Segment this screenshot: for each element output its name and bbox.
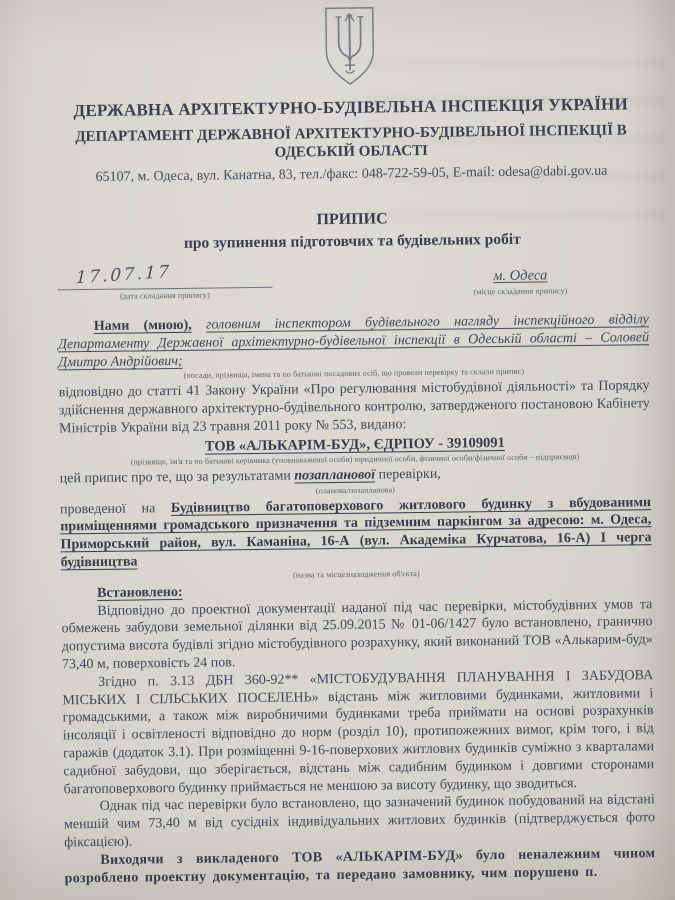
place-caption: (місце складання припису) xyxy=(420,286,620,298)
agency-name: ДЕРЖАВНА АРХІТЕКТУРНО-БУДІВЕЛЬНА ІНСПЕКЦ… xyxy=(55,94,646,121)
officials-lead: Нами (мною), xyxy=(94,318,192,334)
conclusion-paragraph: Виходячи з викладеного ТОВ «АЛЬКАРІМ-БУД… xyxy=(64,845,655,888)
date-block: 17.07.17 (дата складання припису) xyxy=(57,265,272,303)
place-value: м. Одеса xyxy=(420,266,620,286)
findings-paragraph-2: Згідно п. 3.13 ДБН 360-92** «МІСТОБУДУВА… xyxy=(62,667,654,799)
inspection-type-value: позапланової xyxy=(294,467,375,483)
findings-paragraph-3: Однак під час перевірки було встановлено… xyxy=(64,791,656,852)
findings-paragraph-1: Відповідно до проектної документації над… xyxy=(61,596,653,674)
document-body: Нами (мною), головним інспектором будіве… xyxy=(58,311,656,887)
object-pre: проведеної на xyxy=(60,501,155,517)
place-block: м. Одеса (місце складання припису) xyxy=(420,266,620,298)
legal-basis-paragraph: відповідно до статті 41 Закону України «… xyxy=(59,378,651,439)
ukraine-trident-emblem xyxy=(54,2,646,91)
contact-address-line: 65107, м. Одеса, вул. Канатна, 83, тел./… xyxy=(56,162,647,187)
date-place-row: 17.07.17 (дата складання припису) м. Оде… xyxy=(57,260,648,302)
inspection-type-pre: цей припис про те, що за результатами xyxy=(60,468,291,486)
date-caption: (дата складання припису) xyxy=(57,290,272,303)
department-name: ДЕПАРТАМЕНТ ДЕРЖАВНОЇ АРХІТЕКТУРНО-БУДІВ… xyxy=(55,121,646,164)
inspection-type-post: перевірки, xyxy=(378,467,440,483)
object-paragraph: проведеної на Будівництво багатоповерхов… xyxy=(60,494,652,572)
officials-paragraph: Нами (мною), головним інспектором будіве… xyxy=(58,311,650,372)
established-label: Встановлено: xyxy=(97,585,183,601)
document-sheet: ДЕРЖАВНА АРХІТЕКТУРНО-БУДІВЕЛЬНА ІНСПЕКЦ… xyxy=(0,0,675,888)
scanned-document-page: ДЕРЖАВНА АРХІТЕКТУРНО-БУДІВЕЛЬНА ІНСПЕКЦ… xyxy=(0,0,675,900)
trident-shield-icon xyxy=(320,5,380,88)
handwritten-date: 17.07.17 xyxy=(57,253,273,291)
